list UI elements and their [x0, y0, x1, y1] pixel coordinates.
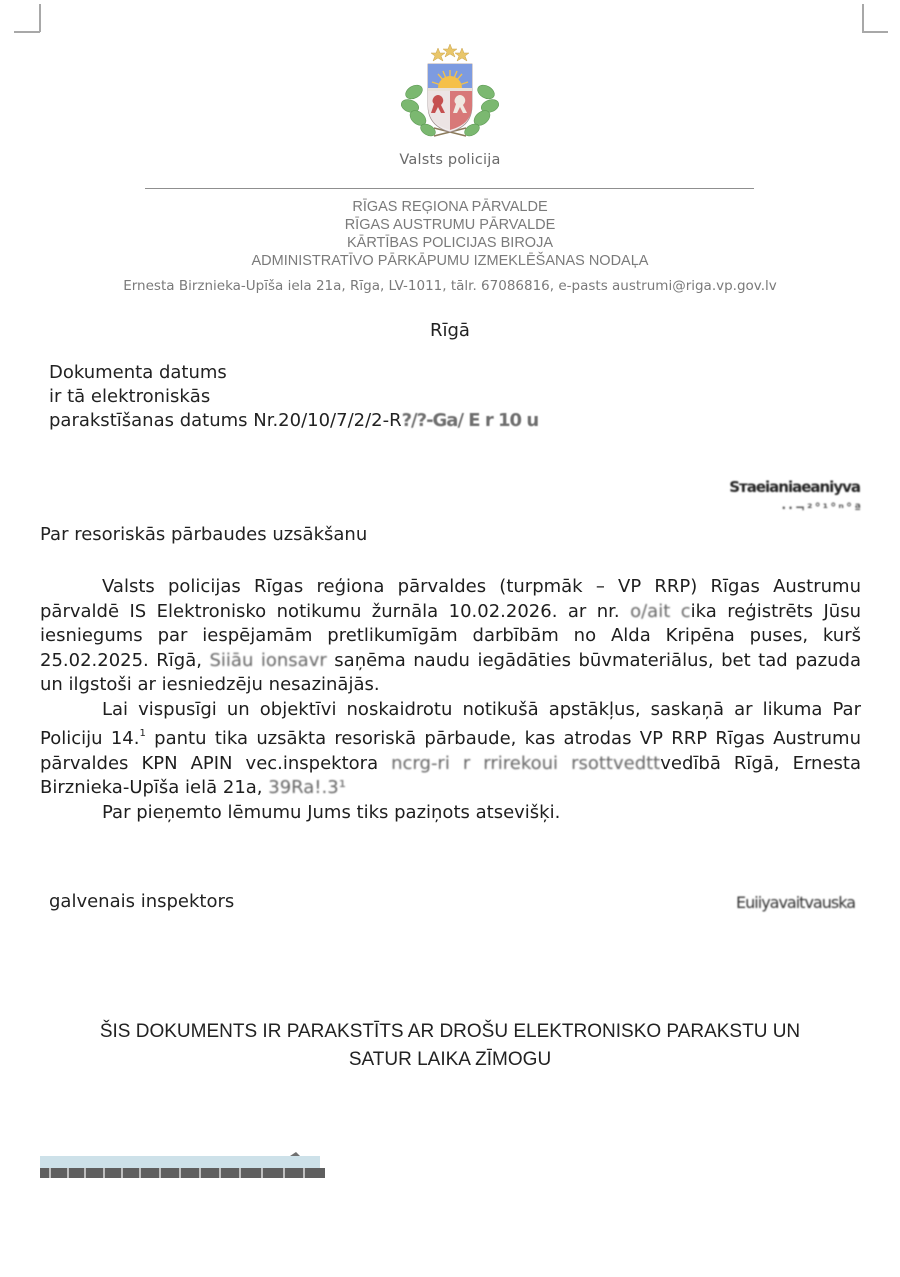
signatory-name-redacted: Euiiyavaitvauska	[736, 893, 855, 912]
agency-name: Valsts policija	[0, 152, 900, 168]
notice-line-2: SATUR LAIKA ZĪMOGU	[0, 1046, 900, 1074]
crop-mark-top-left	[14, 31, 40, 33]
unit-line-2: RĪGAS AUSTRUMU PĀRVALDE	[0, 216, 900, 234]
paragraph-3: Par pieņemto lēmumu Jums tiks paziņots a…	[40, 801, 861, 826]
redacted-room: 39Ra!.3¹	[268, 777, 346, 798]
unit-line-4: ADMINISTRATĪVO PĀRKĀPUMU IZMEKLĒŠANAS NO…	[0, 252, 900, 270]
date-line-2: ir tā elektroniskās	[49, 385, 538, 409]
document-date-block: Dokumenta datums ir tā elektroniskās par…	[49, 361, 538, 433]
redacted-footer	[40, 1152, 330, 1188]
latvia-coat-of-arms-icon	[398, 42, 502, 146]
date-line-3: parakstīšanas datums Nr.20/10/7/2/2-R?/?…	[49, 409, 538, 433]
e-signature-notice: ŠIS DOKUMENTS IR PARAKSTĪTS AR DROŠU ELE…	[0, 1018, 900, 1074]
header-divider	[145, 188, 754, 189]
place-of-issue: Rīgā	[430, 320, 470, 341]
letter-subject: Par resoriskās pārbaudes uzsākšanu	[40, 524, 367, 545]
crop-mark-top-right	[862, 31, 888, 33]
crop-mark-top-left	[39, 4, 41, 32]
document-number: parakstīšanas datums Nr.20/10/7/2/2-R	[49, 410, 402, 431]
unit-line-3: KĀRTĪBAS POLICIJAS BIROJA	[0, 234, 900, 252]
recipient-address-redacted: · · ¬ ² ° ¹ ° ⁿ ° ª	[781, 501, 860, 515]
notice-line-1: ŠIS DOKUMENTS IR PARAKSTĪTS AR DROŠU ELE…	[0, 1018, 900, 1046]
paragraph-2: Lai vispusīgi un objektīvi noskaidrotu n…	[40, 698, 861, 801]
redacted-inspector-name: ncrg-ri r rrirekoui rsottvedtt	[391, 753, 660, 774]
redacted-number: ?/?-Ga/ E r 10 u	[402, 409, 539, 433]
redacted-person: Siiāu ionsavr	[210, 650, 327, 671]
crop-mark-top-right	[862, 4, 864, 32]
letter-body: Valsts policijas Rīgas reģiona pārvaldes…	[40, 575, 861, 825]
paragraph-1: Valsts policijas Rīgas reģiona pārvaldes…	[40, 575, 861, 698]
signatory-title: galvenais inspektors	[49, 891, 234, 912]
recipient-name-redacted: Sтaeianiaeaniyva	[729, 478, 860, 496]
date-line-1: Dokumenta datums	[49, 361, 538, 385]
unit-line-1: RĪGAS REĢIONA PĀRVALDE	[0, 198, 900, 216]
contact-address: Ernesta Birznieka-Upīša iela 21a, Rīga, …	[0, 278, 900, 294]
redacted-record-number: o/ait c	[630, 601, 691, 622]
